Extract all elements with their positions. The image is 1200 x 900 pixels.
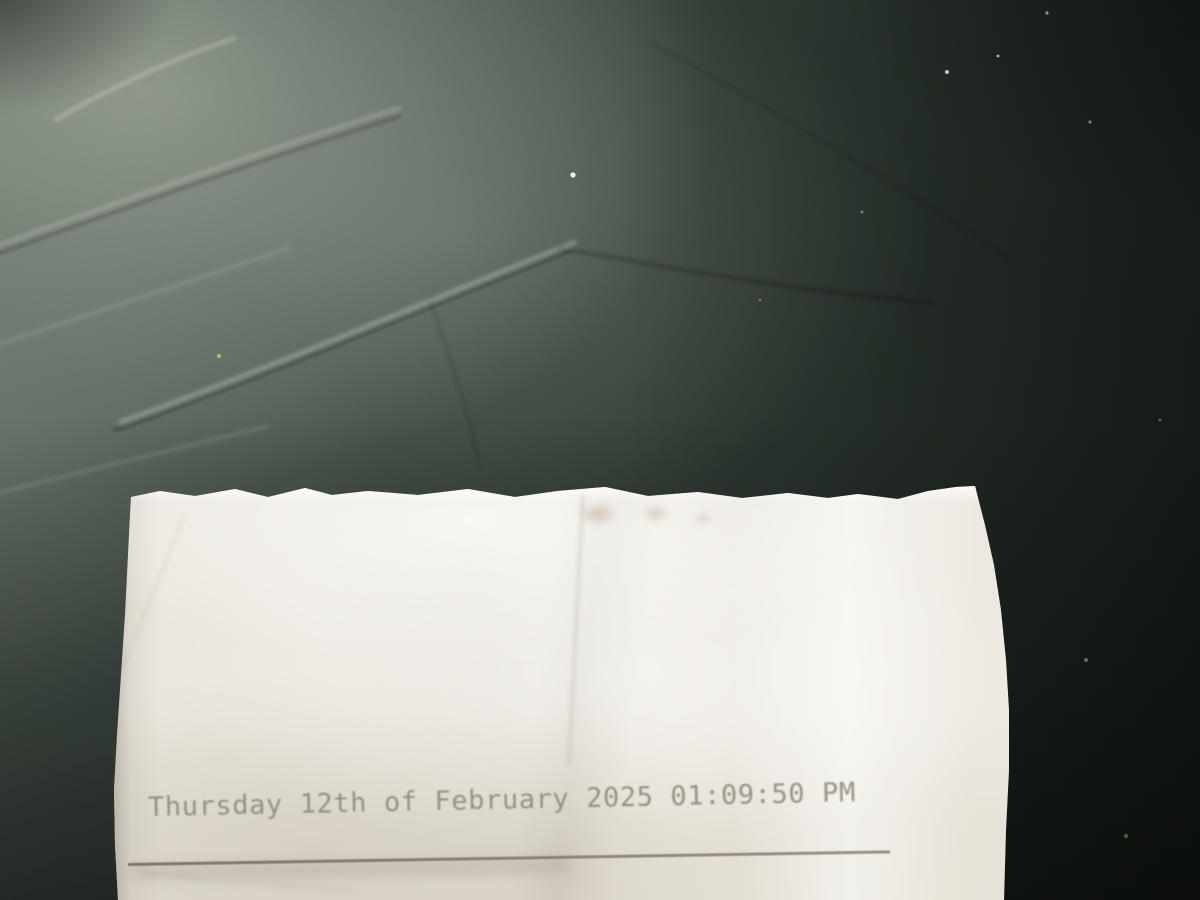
paper-crease <box>568 494 584 766</box>
receipt-stain <box>578 502 618 526</box>
paper-crease <box>120 514 186 672</box>
receipt-stain <box>641 504 671 523</box>
receipt-paper: Thursday 12th of February 2025 01:09:50 … <box>114 486 1010 900</box>
receipt-stain <box>692 512 714 526</box>
photo-scene: Thursday 12th of February 2025 01:09:50 … <box>0 0 1200 900</box>
receipt-datetime-text: Thursday 12th of February 2025 01:09:50 … <box>148 777 888 823</box>
